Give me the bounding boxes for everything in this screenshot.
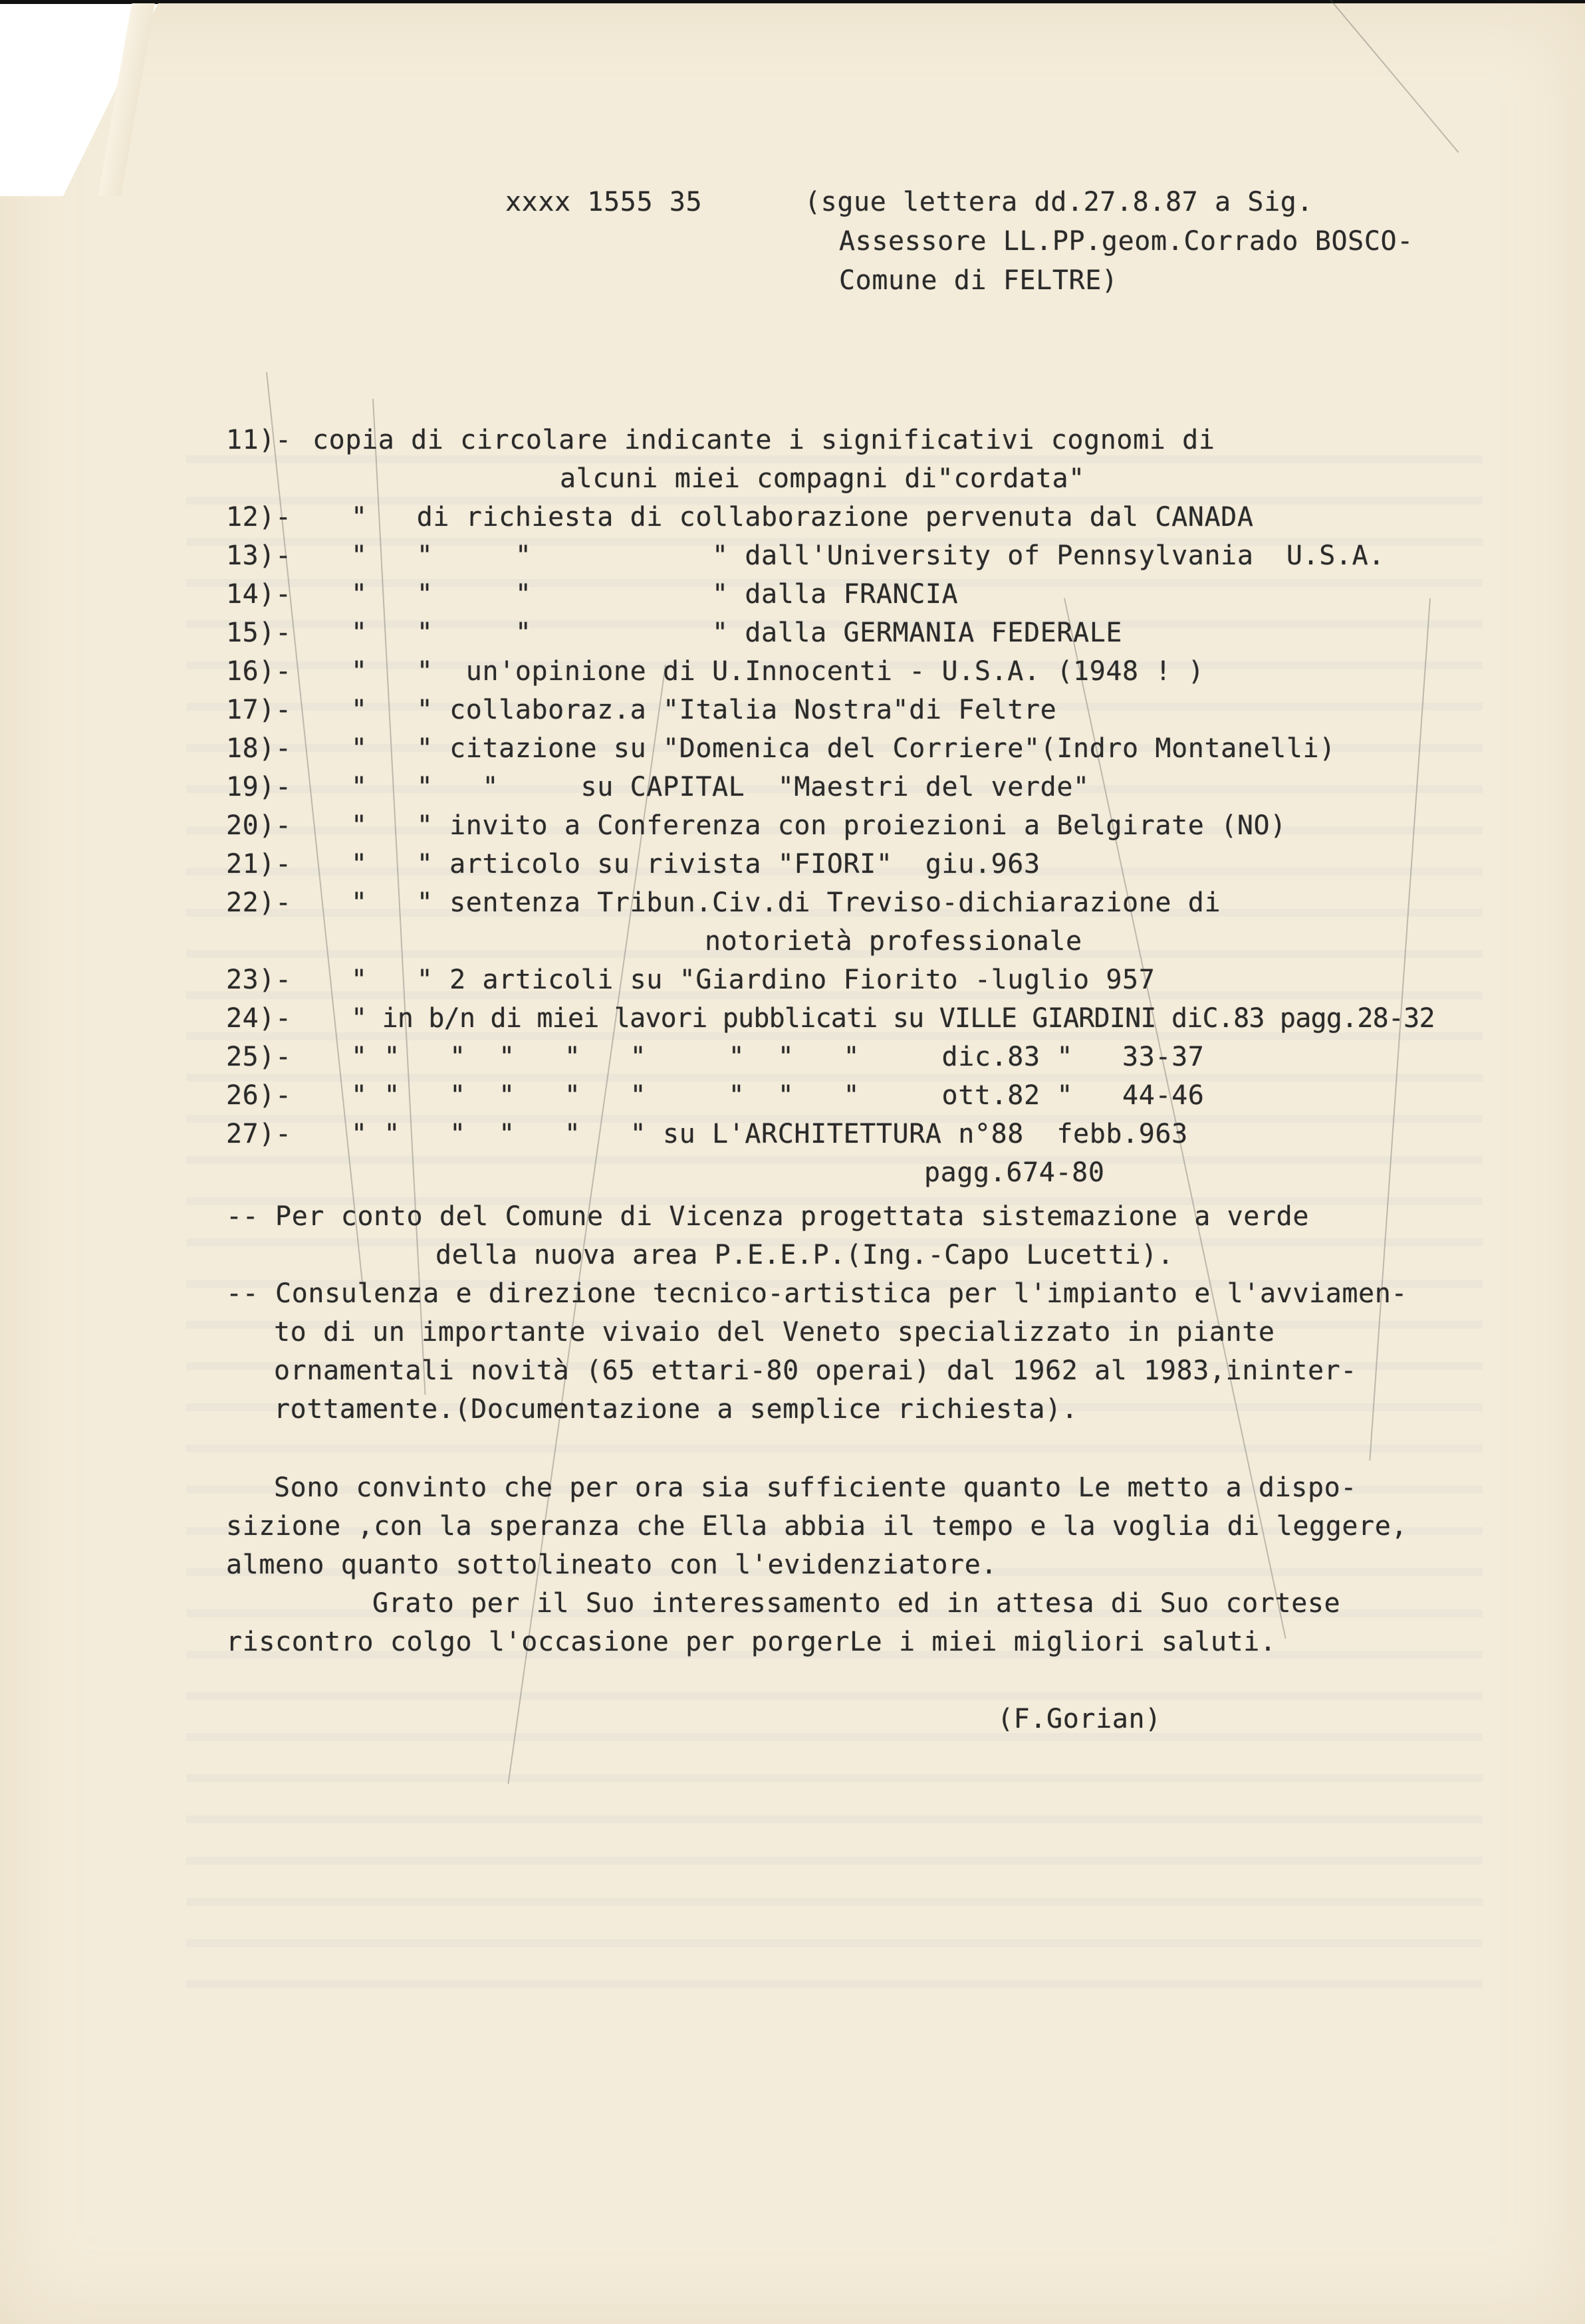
list-item-number: 11)- (226, 424, 292, 456)
list-item-number: 27)- (226, 1118, 292, 1150)
list-item-number: 22)- (226, 887, 292, 919)
folded-corner (47, 3, 166, 196)
list-item: " " un'opinione di U.Innocenti - U.S.A. … (351, 655, 1204, 687)
list-item: " in b/n di miei lavori pubblicati su VI… (351, 1002, 1435, 1034)
closing-line: almeno quanto sottolineato con l'evidenz… (226, 1549, 997, 1581)
list-item-number: 20)- (226, 810, 292, 842)
paper-sheet (0, 3, 1585, 2324)
list-item-number: 15)- (226, 617, 292, 649)
list-item-number: 19)- (226, 771, 292, 803)
list-item-number: 23)- (226, 964, 292, 996)
list-item: " " " " dalla GERMANIA FEDERALE (351, 617, 1122, 649)
list-item-number: 18)- (226, 733, 292, 764)
closing-line: Grato per il Suo interessamento ed in at… (372, 1587, 1340, 1619)
list-item-number: 13)- (226, 540, 292, 572)
list-item-number: 26)- (226, 1080, 292, 1111)
list-item-number: 25)- (226, 1041, 292, 1073)
list-item-continuation: alcuni miei compagni di"cordata" (560, 463, 1085, 495)
closing-line: sizione ,con la speranza che Ella abbia … (226, 1510, 1407, 1542)
list-item: " " " " dalla FRANCIA (351, 578, 958, 610)
list-item: " " sentenza Tribun.Civ.di Treviso-dichi… (351, 887, 1221, 919)
list-item-continuation: notorietà professionale (705, 925, 1082, 957)
activity-line: rottamente.(Documentazione a semplice ri… (274, 1393, 1078, 1425)
list-item: " " articolo su rivista "FIORI" giu.963 (351, 848, 1040, 880)
activity-line: ornamentali novità (65 ettari-80 operai)… (274, 1355, 1357, 1387)
list-item: " " " " dall'University of Pennsylvania … (351, 540, 1385, 572)
list-item-number: 14)- (226, 578, 292, 610)
signature: (F.Gorian) (997, 1703, 1161, 1735)
reference-number: xxxx 1555 35 (505, 186, 702, 218)
list-item: " " " su CAPITAL "Maestri del verde" (351, 771, 1090, 803)
list-item-number: 17)- (226, 694, 292, 726)
activity-line: to di un importante vivaio del Veneto sp… (274, 1316, 1275, 1348)
activity-line: della nuova area P.E.E.P.(Ing.-Capo Luce… (435, 1239, 1174, 1271)
list-item-number: 21)- (226, 848, 292, 880)
list-item: " " " " " " " " " ott.82 " 44-46 (351, 1080, 1204, 1111)
header-note-line-3: Comune di FELTRE) (839, 265, 1118, 296)
list-item: " " invito a Conferenza con proiezioni a… (351, 810, 1286, 842)
list-item-number: 24)- (226, 1002, 292, 1034)
list-item: " di richiesta di collaborazione pervenu… (351, 501, 1254, 533)
closing-line: riscontro colgo l'occasione per porgerLe… (226, 1626, 1277, 1658)
list-item: " " collaboraz.a "Italia Nostra"di Feltr… (351, 694, 1056, 726)
list-item: " " " " " " su L'ARCHITETTURA n°88 febb.… (351, 1118, 1188, 1150)
list-item-number: 12)- (226, 501, 292, 533)
list-item: " " citazione su "Domenica del Corriere"… (351, 733, 1336, 764)
list-item-continuation: pagg.674-80 (924, 1157, 1105, 1189)
list-item: " " " " " " " " " dic.83 " 33-37 (351, 1041, 1204, 1073)
activity-line: -- Consulenza e direzione tecnico-artist… (226, 1278, 1407, 1310)
list-item-number: 16)- (226, 655, 292, 687)
header-note-line-1: (sgue lettera dd.27.8.87 a Sig. (804, 186, 1313, 218)
header-note-line-2: Assessore LL.PP.geom.Corrado BOSCO- (839, 225, 1413, 257)
activity-line: -- Per conto del Comune di Vicenza proge… (226, 1201, 1309, 1232)
list-item: " " 2 articoli su "Giardino Fiorito -lug… (351, 964, 1155, 996)
closing-line: Sono convinto che per ora sia sufficient… (274, 1472, 1357, 1504)
list-item: copia di circolare indicante i significa… (312, 424, 1215, 456)
